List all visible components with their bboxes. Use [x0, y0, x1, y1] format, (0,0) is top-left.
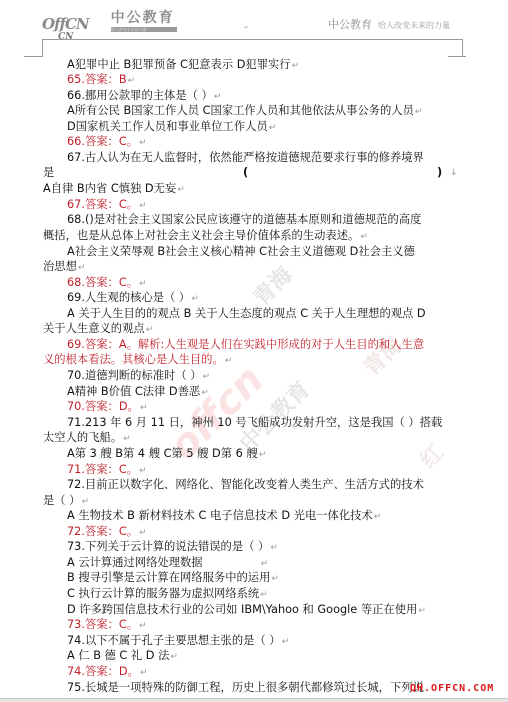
question-line: 67.古人认为在无人监督时，依然能严格按道德规范要求行事的修养境界 — [67, 151, 424, 166]
answer-line: 65.答案：B↵ — [67, 73, 135, 88]
answer-line: 67.答案：C。↵ — [67, 198, 147, 213]
answer-line: 73.答案：C。↵ — [67, 618, 147, 633]
option-line: B 搜寻引擎是云计算在网络服务中的运用↵ — [67, 571, 279, 586]
question-line: 68.()是对社会主义国家公民应该遵守的道德基本原则和道德规范的高度 — [67, 213, 421, 228]
answer-line: 69.答案：A。解析:人生观是人们在实践中形成的对于人生目的和人生意 — [67, 338, 424, 353]
header-tagline: 给人改变未来的力量 — [378, 20, 450, 31]
logo-slogan: 给人改变未来的力量 — [111, 27, 177, 32]
option-line: A 云计算通过网络处理数据↵ — [67, 556, 268, 571]
header-brand-name: 中公教育 — [328, 16, 372, 32]
page-bottom-edge — [0, 698, 508, 702]
page-header: OffCN CN 中公教育 给人改变未来的力量 ↵ 中公教育 给人改变未来的力量 — [0, 0, 508, 40]
question-line: 概括，也是从总体上对社会主义社会主导价值体系的生动表述。↵ — [43, 229, 368, 244]
option-line: C 执行云计算的服务器为虚拟网络系统↵ — [67, 587, 268, 602]
watermark: 青海 — [245, 259, 298, 312]
option-line: A第 3 艘 B第 4 艘 C第 5 艘 D第 6 艘↵ — [67, 447, 266, 462]
paragraph-mark: ↵ — [244, 24, 249, 31]
question-line: 66.挪用公款罪的主体是（ ）↵ — [67, 89, 221, 104]
question-line: 是()↓ — [43, 166, 463, 181]
option-line: A 仁 B 德 C 礼 D 法↵ — [67, 649, 178, 664]
answer-line: 72.答案：C。↵ — [67, 525, 147, 540]
question-line: 71.213 年 6 月 11 日，神州 10 号飞船成功发射升空，这是我国（ … — [67, 416, 442, 431]
option-line: A 生物技术 B 新材料技术 C 电子信息技术 D 光电一体化技术↵ — [67, 509, 381, 524]
option-line: 治思想↵ — [43, 260, 85, 275]
option-line: A犯罪中止 B犯罪预备 C犯意表示 D犯罪实行↵ — [67, 58, 299, 73]
watermark: 红 — [412, 437, 449, 474]
option-line: A社会主义荣辱观 B社会主义核心精神 C社会主义道德观 D社会主义德 — [67, 245, 415, 260]
answer-line: 71.答案：C。↵ — [67, 463, 147, 478]
question-line: 75.长城是一项特殊的防御工程，历史上很多朝代都修筑过长城，下列说 — [67, 681, 424, 696]
answer-line: 68.答案：C。↵ — [67, 276, 147, 291]
answer-line: 70.答案：D。↵ — [67, 400, 147, 415]
option-line: D 许多跨国信息技术行业的公司如 IBM\Yahoo 和 Google 等正在使… — [67, 603, 426, 618]
header-brand: 中公教育 给人改变未来的力量 — [328, 16, 450, 32]
logo-mark: OffCN CN — [42, 17, 89, 32]
margin-corner-right — [462, 39, 463, 57]
logo-name: 中公教育 — [111, 11, 177, 26]
question-line: 69.人生观的核心是（ ）↵ — [67, 291, 199, 306]
margin-mark-right — [448, 56, 466, 57]
margin-mark-left — [24, 56, 42, 57]
margin-corner-left — [42, 39, 43, 57]
option-line: 关于人生意义的观点↵ — [43, 322, 153, 337]
site-url-watermark: QH.OFFCN.COM — [410, 683, 494, 694]
answer-line: 义的根本看法。其核心是人生目的。↵ — [43, 353, 232, 368]
question-line: 74.以下不属于孔子主要思想主张的是（ ）↵ — [67, 634, 289, 649]
answer-line: 74.答案：D。↵ — [67, 665, 147, 680]
option-line: A所有公民 B国家工作人员 C国家工作人员和其他依法从事公务的人员↵ — [67, 104, 422, 119]
header-divider — [42, 39, 462, 40]
question-line: 太空人的飞船。↵ — [43, 431, 131, 446]
question-line: 是（ ）↵ — [43, 494, 89, 509]
answer-line: 66.答案：C。↵ — [67, 135, 147, 150]
question-line: 73.下列关于云计算的说法错误的是（ ）↵ — [67, 540, 278, 555]
option-line: A 关于人生目的的观点 B 关于人生态度的观点 C 关于人生理想的观点 D — [67, 307, 426, 322]
option-line: D国家机关工作人员和事业单位工作人员↵ — [67, 120, 276, 135]
question-line: 70.道德判断的标准时（ ）↵ — [67, 369, 210, 384]
watermark: 青海 — [355, 329, 408, 382]
question-line: 72.目前正以数字化、网络化、智能化改变着人类生产、生活方式的技术 — [67, 478, 424, 493]
option-line: A自律 B内省 C慎独 D无妄↵ — [43, 182, 185, 197]
offcn-logo: OffCN CN 中公教育 给人改变未来的力量 — [42, 6, 177, 32]
option-line: A精神 B价值 C法律 D善恶↵ — [67, 385, 209, 400]
